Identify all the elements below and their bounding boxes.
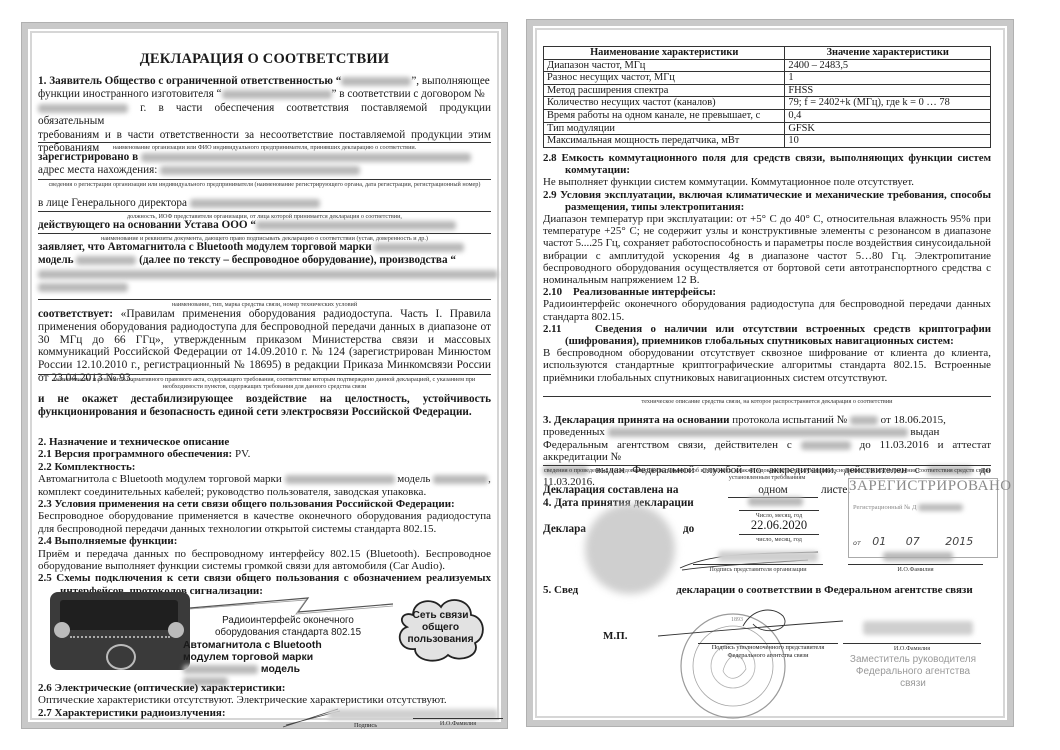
redacted-producer-1 (38, 270, 498, 279)
section-2: 2. Назначение и техническое описание 2.1… (38, 436, 491, 597)
no-impact-statement: и не окажет дестабилизирующее воздействи… (38, 393, 491, 420)
redacted-acceptance-date (748, 497, 803, 506)
seal-place-label: М.П. (603, 630, 627, 643)
redacted-brand (374, 243, 464, 252)
table-header-row: Наименование характеристики Значение хар… (544, 47, 991, 60)
radio-characteristics-table: Наименование характеристики Значение хар… (543, 46, 991, 148)
rep-signature-caption: Подпись представителя организации (693, 564, 823, 573)
usage-conditions-label: 2.3 Условия применения на сети связи общ… (38, 498, 491, 510)
table-row: Количество несущих частот (каналов)79; f… (544, 97, 991, 110)
redacted-producer-2 (38, 283, 128, 292)
switching-capacity-text: Не выполняет функции систем коммутации. … (543, 176, 991, 188)
valid-label-a: Деклара (543, 523, 586, 536)
cryptography-label: 2.11 Сведения о наличии или отсутствии в… (543, 323, 991, 347)
software-version-label: 2.1 Версия программного обеспечения: (38, 448, 232, 460)
redacted-lab (608, 428, 908, 437)
redacted-date-1 (801, 441, 851, 450)
redacted-director (190, 199, 320, 208)
valid-until-date: 22.06.2020 (739, 519, 819, 532)
redacted-address (160, 166, 360, 175)
authorized-signature-caption: Подпись уполномоченного представителя Фе… (698, 643, 838, 659)
address-label: адрес места нахождения: (38, 164, 157, 176)
redacted-reg-number (918, 504, 963, 511)
caption-organization: наименование организации или ФИО индивид… (38, 142, 491, 151)
electrical-text: Оптические характеристики отсутствуют. Э… (38, 694, 491, 706)
operating-conditions-label: 2.9 Условия эксплуатации, включая климат… (543, 189, 991, 213)
registration-stamp: ЗАРЕГИСТРИРОВАНО Регистрационный № Д от … (848, 478, 998, 558)
applicant-line-1a: 1. Заявитель Общество с ограниченной отв… (38, 75, 341, 87)
software-version-value: PV. (232, 448, 250, 460)
functions-text: Приём и передача данных по беспроводному… (38, 548, 491, 573)
tune-knob-icon (168, 622, 184, 638)
caption-registration: сведения о регистрации организации или и… (38, 179, 491, 188)
authorized-signature (653, 606, 853, 646)
redacted-company (341, 77, 411, 86)
car-radio-image (50, 592, 190, 670)
table-row: Максимальная мощность передатчика, мВт10 (544, 135, 991, 148)
operating-conditions-text: Диапазон температур при эксплуатации: от… (543, 213, 991, 286)
stamp-day: 01 (872, 535, 886, 548)
redacted-authorized-name (863, 621, 973, 635)
redacted-rep-signature (718, 551, 818, 562)
redacted-charter (256, 221, 456, 230)
caption-legal-act: наименование и реквизиты нормативного пр… (38, 374, 491, 391)
table-row: Тип модуляцииGFSK (544, 122, 991, 135)
stamp-month: 07 (906, 535, 920, 548)
completeness-text-c: комплект соединительных кабелей; руковод… (38, 486, 491, 498)
sheets-suffix: листе. (821, 484, 850, 497)
functions-label: 2.4 Выполняемые функции: (38, 535, 491, 547)
declares-text: заявляет, что Автомагнитола с Bluetooth … (38, 241, 372, 253)
table-row: Метод расширения спектраFHSS (544, 84, 991, 97)
deputy-head-title: Заместитель руководителя Федерального аг… (843, 654, 983, 690)
radio-interface-label: Радиоинтерфейс оконечного оборудования с… (213, 615, 363, 638)
nav-pad-icon (106, 644, 136, 670)
redacted-model-2 (433, 475, 488, 484)
applicant-line-1b: ”, выполняющее (411, 75, 489, 87)
page-2-content: Наименование характеристики Значение хар… (543, 26, 997, 720)
redacted-manufacturer (222, 90, 332, 99)
redacted-registration (141, 153, 471, 162)
redacted-protocol-no (850, 416, 878, 425)
applicant-line-2b: ” в соответствии с договором № (332, 88, 485, 100)
completeness-label: 2.2 Комплектность: (38, 461, 491, 473)
volume-knob-icon (54, 622, 70, 638)
caption-equipment: наименование, тип, марка средства связи,… (38, 299, 491, 308)
caption-technical-description: техническое описание средства связи, на … (543, 396, 991, 405)
preset-buttons (70, 636, 170, 640)
stamp-title: ЗАРЕГИСТРИРОВАНО (849, 480, 997, 493)
column-header: Значение характеристики (785, 47, 991, 60)
rep-name-caption: И.О.Фамилия (848, 564, 983, 573)
electrical-label: 2.6 Электрические (оптические) характери… (38, 682, 491, 694)
registered-label: зарегистрировано в (38, 151, 138, 163)
switching-capacity-label: 2.8 Емкость коммутационного поля для сре… (543, 152, 991, 176)
model-label: модель (38, 254, 74, 266)
declaration-page-2: Наименование характеристики Значение хар… (527, 20, 1013, 726)
stamp-date-prefix: от (853, 539, 861, 547)
device-label: Автомагнитола с Bluetooth модулем торгов… (183, 640, 322, 688)
date-caption-2: число, месяц, год (739, 534, 819, 543)
model-text: (далее по тексту – беспроводное оборудов… (139, 254, 456, 266)
valid-label-b: до (683, 523, 694, 536)
interfaces-label: 2.10 Реализованные интерфейсы: (543, 286, 991, 298)
completeness-text-a: Автомагнитола с Bluetooth модулем торгов… (38, 473, 282, 485)
name-caption: И.О.Фамилия (413, 718, 503, 727)
sheets-label: Декларация составлена на (543, 484, 678, 497)
declaration-page-1: ДЕКЛАРАЦИЯ О СООТВЕТСТВИИ 1. Заявитель О… (22, 23, 507, 728)
usage-conditions-text: Беспроводное оборудование применяется в … (38, 510, 491, 535)
completeness-text-b: модель (397, 473, 430, 485)
redacted-brand-2 (285, 475, 395, 484)
basis-label: действующего на основании Устава ООО “ (38, 219, 256, 231)
interfaces-text: Радиоинтерфейс оконечного оборудования р… (543, 298, 991, 322)
stamp-year: 2015 (945, 535, 973, 548)
sections-2-8-to-2-11: 2.8 Емкость коммутационного поля для сре… (543, 152, 991, 384)
section-2-heading: 2. Назначение и техническое описание (38, 436, 491, 448)
table-row: Разнос несущих частот, МГц1 (544, 72, 991, 85)
authorized-name-caption: И.О.Фамилия (843, 643, 981, 652)
stamp-reg-label: Регистрационный № Д (853, 504, 916, 511)
redacted-company-seal (585, 504, 675, 594)
table-row: Диапазон частот, МГц2400 – 2483,5 (544, 59, 991, 72)
applicant-line-2a: функции иностранного изготовителя “ (38, 88, 222, 100)
cryptography-text: В беспроводном оборудовании отсутствует … (543, 347, 991, 384)
page-1-content: ДЕКЛАРАЦИЯ О СООТВЕТСТВИИ 1. Заявитель О… (38, 29, 491, 722)
document-title: ДЕКЛАРАЦИЯ О СООТВЕТСТВИИ (38, 53, 491, 66)
redacted-model (76, 256, 136, 265)
redacted-brand-3 (183, 665, 258, 674)
signature-caption: Подпись (328, 719, 403, 732)
cloud-label: Сеть связи общего пользования (403, 610, 478, 646)
section-5-label: 5. Сведдекларации о соответствии в Федер… (543, 584, 973, 597)
table-row: Время работы на одном канале, не превыша… (544, 109, 991, 122)
radio-display (60, 600, 178, 630)
director-label: в лице Генерального директора (38, 197, 187, 209)
redacted-contract (38, 104, 128, 113)
column-header: Наименование характеристики (544, 47, 785, 60)
complies-label: соответствует: (38, 308, 113, 320)
